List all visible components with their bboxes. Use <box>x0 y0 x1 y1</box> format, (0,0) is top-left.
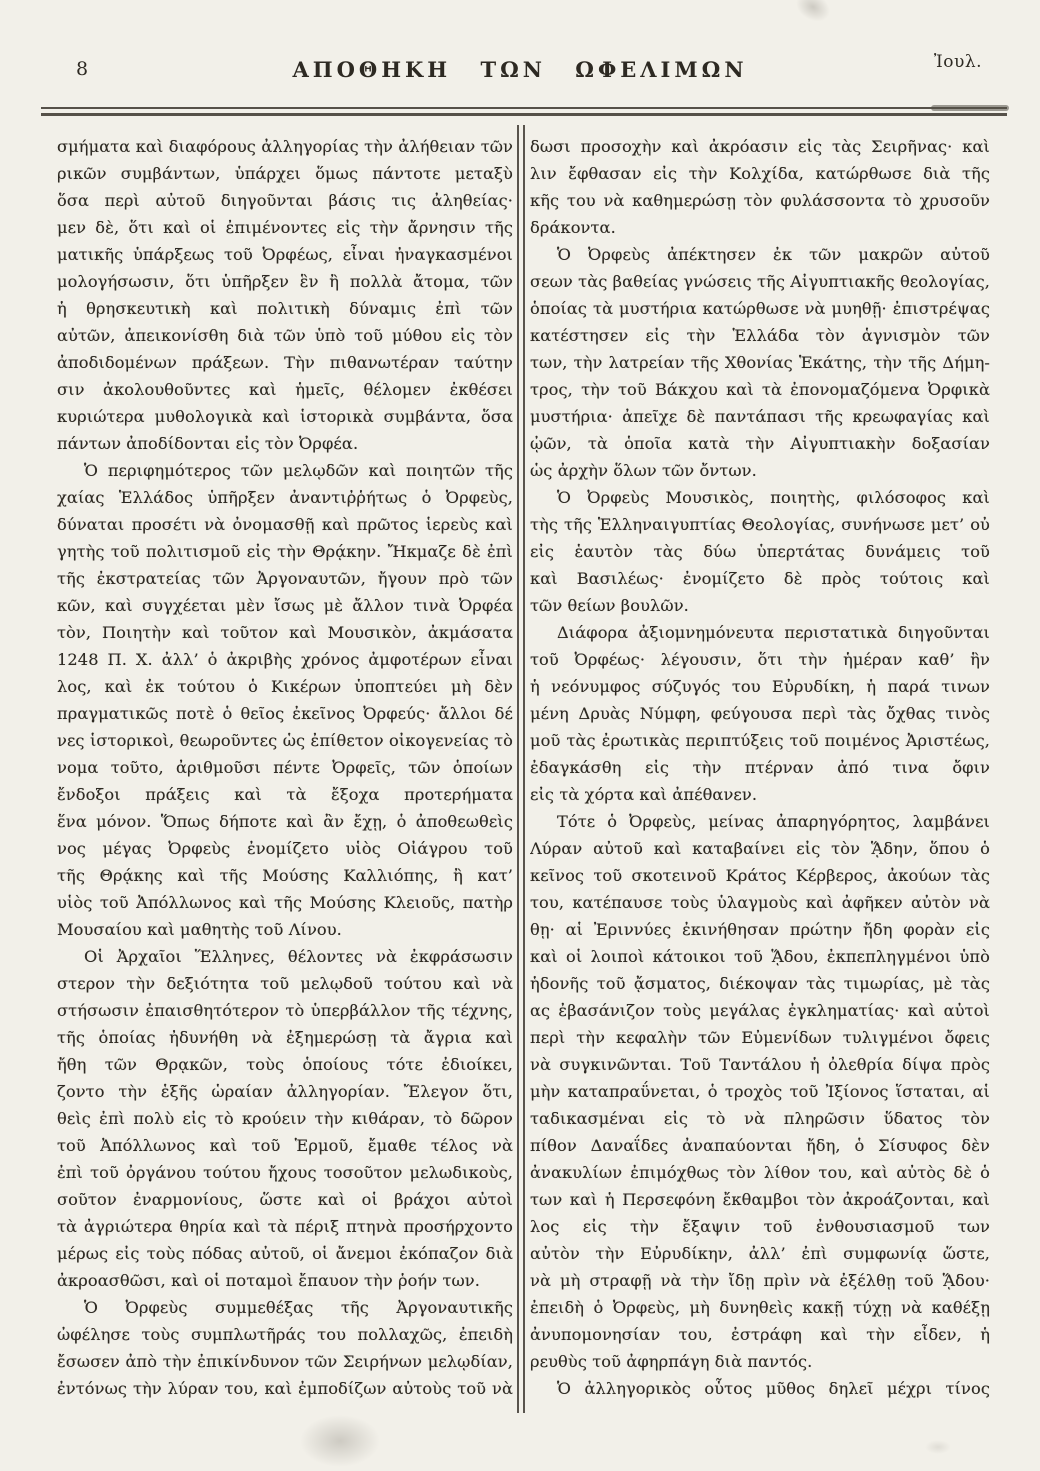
text-line: σιν ἀκολουθοῦντες καὶ ἡμεῖς, θέλομεν ἐκθ… <box>57 376 513 403</box>
text-line: λος, καὶ ἐκ τούτου ὁ Κικέρων ὑποπτεύει μ… <box>57 673 513 700</box>
paragraph: Ὁ περιφημότερος τῶν μελῳδῶν καὶ ποιητῶν … <box>57 457 513 943</box>
text-line: θῃ· αἱ Ἐριννύες ἐκινήθησαν πρώτην ἤδη φο… <box>530 916 990 943</box>
text-line: του, κατέπαυσε τοὺς ὑλαγμοὺς καὶ ἀφῆκεν … <box>530 889 990 916</box>
journal-title: ΑΠΟΘΗΚΗ ΤΩΝ ΩΦΕΛΙΜΩΝ <box>0 57 1040 82</box>
text-line: δωσι προσοχὴν καὶ ἀκρόασιν εἰς τὰς Σειρῆ… <box>530 133 990 160</box>
text-line: ἡδονῆς τοῦ ᾄσματος, διέκοψαν τὰς τιμωρία… <box>530 970 990 997</box>
text-line: τρος, τὴν τοῦ Βάκχου καὶ τὰ ἐπονομαζόμεν… <box>530 376 990 403</box>
text-line: Διάφορα ἀξιομνημόνευτα περιστατικὰ διηγο… <box>530 619 990 646</box>
text-line: κῶν, καὶ συγχέεται μὲν ἴσως μὲ ἄλλον τιν… <box>57 592 513 619</box>
text-line: ρευθὺς τοῦ ἀφηρπάγη διὰ παντός. <box>530 1348 990 1375</box>
paragraph: σμήματα καὶ διαφόρους ἀλληγορίας τὴν ἀλή… <box>57 133 513 457</box>
text-line: τῶν θείων βουλῶν. <box>530 592 990 619</box>
paragraph: Οἱ Ἀρχαῖοι Ἕλληνες, θέλοντες νὰ ἐκφράσωσ… <box>57 943 513 1294</box>
text-line: ἀποδιδομένων πράξεων. Τὴν πιθανωτέραν τα… <box>57 349 513 376</box>
text-line: νὰ συγκινῶνται. Τοῦ Ταντάλου ἡ ὀλεθρία δ… <box>530 1051 990 1078</box>
text-line: ἐντόνως τὴν λύραν του, καὶ ἐμποδίζων αὐτ… <box>57 1375 513 1402</box>
paragraph: Ὁ Ὀρφεὺς Μουσικὸς, ποιητὴς, φιλόσοφος κα… <box>530 484 990 619</box>
text-line: Οἱ Ἀρχαῖοι Ἕλληνες, θέλοντες νὰ ἐκφράσωσ… <box>57 943 513 970</box>
text-line: Ὁ περιφημότερος τῶν μελῳδῶν καὶ ποιητῶν … <box>57 457 513 484</box>
text-line: τῆς ὁποίας ἠδυνήθη νὰ ἐξημερώσῃ τὰ ἄγρια… <box>57 1024 513 1051</box>
text-line: λιν ἔφθασαν εἰς τὴν Κολχίδα, κατώρθωσε δ… <box>530 160 990 187</box>
text-line: πίθον Δαναΐδες ἀναπαύονται ἤδη, ὁ Σίσυφο… <box>530 1132 990 1159</box>
right-column: δωσι προσοχὴν καὶ ἀκρόασιν εἰς τὰς Σειρῆ… <box>530 133 990 1402</box>
text-line: των, τὴν λατρείαν τῆς Χθονίας Ἑκάτης, τὴ… <box>530 349 990 376</box>
text-line: υἱὸς τοῦ Ἀπόλλωνος καὶ τῆς Μούσης Κλειοῦ… <box>57 889 513 916</box>
text-line: 1248 Π. Χ. ἀλλ’ ὁ ἀκριβὴς χρόνος ἀμφοτέρ… <box>57 646 513 673</box>
text-line: τοῦ Ὀρφέως· λέγουσιν, ὅτι τὴν ἡμέραν καθ… <box>530 646 990 673</box>
column-divider-rule <box>517 125 525 1413</box>
text-line: ρικῶν συμβάντων, ὑπάρχει ὅμως πάντοτε με… <box>57 160 513 187</box>
text-line: ᾠῶν, τὰ ὁποῖα κατὰ τὴν Αἰγυπτιακὴν δοξασ… <box>530 430 990 457</box>
text-line: θεὶς ἐπὶ πολὺ εἰς τὸ κρούειν τὴν κιθάραν… <box>57 1105 513 1132</box>
text-line: Μουσαίου καὶ μαθητὴς τοῦ Λίνου. <box>57 916 513 943</box>
text-line: αὐτῶν, ἀπεικονίσθη διὰ τῶν ὑπὸ τοῦ μύθου… <box>57 322 513 349</box>
text-line: Ὁ Ὀρφεὺς ἀπέκτησεν ἐκ τῶν μακρῶν αὐτοῦ π… <box>530 241 990 268</box>
text-line: δράκοντα. <box>530 214 990 241</box>
text-line: κυριώτερα μυθολογικὰ καὶ ἱστορικὰ συμβάν… <box>57 403 513 430</box>
text-line: Ὁ Ὀρφεὺς Μουσικὸς, ποιητὴς, φιλόσοφος κα… <box>530 484 990 511</box>
text-line: ζοντο τὴν ἑξῆς ὡραίαν ἀλληγορίαν. Ἔλεγον… <box>57 1078 513 1105</box>
text-line: εἰς ἑαυτὸν τὰς δύω ὑπερτάτας δυνάμεις το… <box>530 538 990 565</box>
text-line: ὅσα περὶ αὐτοῦ διηγοῦνται βάσις τις ἀληθ… <box>57 187 513 214</box>
text-line: σεων τὰς βαθείας γνώσεις τῆς Αἰγυπτιακῆς… <box>530 268 990 295</box>
paragraph: Ὁ Ὀρφεὺς συμμεθέξας τῆς Ἀργοναυτικῆς ἐκσ… <box>57 1294 513 1402</box>
text-line: ἀκροασθῶσι, καὶ οἱ ποταμοὶ ἔπαυον τὴν ῥο… <box>57 1267 513 1294</box>
text-line: Ὁ ἀλληγορικὸς οὗτος μῦθος δηλεῖ μέχρι τί… <box>530 1375 990 1402</box>
text-line: ὁποίας τὰ μυστήρια κατώρθωσε νὰ μυηθῇ· ἐ… <box>530 295 990 322</box>
scan-smudge <box>925 1440 951 1454</box>
text-line: μέρως εἰς τοὺς πόδας αὐτοῦ, οἱ ἄνεμοι ἐκ… <box>57 1240 513 1267</box>
text-line: ἔσωσεν ἀπὸ τὴν ἐπικίνδυνον τῶν Σειρήνων … <box>57 1348 513 1375</box>
paragraph: δωσι προσοχὴν καὶ ἀκρόασιν εἰς τὰς Σειρῆ… <box>530 133 990 241</box>
text-line: καὶ οἱ λοιποὶ κάτοικοι τοῦ ᾍδου, ἐκπεπλη… <box>530 943 990 970</box>
text-line: νος μέγας Ὀρφεὺς ἐνομίζετο υἱὸς Οἰάγρου … <box>57 835 513 862</box>
text-line: στήσωσιν ἐπαισθητότερον τὸ ὑπερβάλλον τῆ… <box>57 997 513 1024</box>
text-line: μένη Δρυὰς Νύμφη, φεύγουσα περὶ τὰς ὄχθα… <box>530 700 990 727</box>
text-line: κατέστησεν εἰς τὴν Ἑλλάδα τὸν ἁγνισμὸν τ… <box>530 322 990 349</box>
text-line: τὰ ἀγριώτερα θηρία καὶ τὰ πέριξ πτηνὰ πρ… <box>57 1213 513 1240</box>
text-line: σμήματα καὶ διαφόρους ἀλληγορίας τὴν ἀλή… <box>57 133 513 160</box>
left-column: σμήματα καὶ διαφόρους ἀλληγορίας τὴν ἀλή… <box>57 133 513 1402</box>
text-line: Τότε ὁ Ὀρφεὺς, μείνας ἀπαρηγόρητος, λαμβ… <box>530 808 990 835</box>
text-line: ἐδαγκάσθη εἰς τὴν πτέρναν ἀπό τινα ὄφιν … <box>530 754 990 781</box>
text-line: μοῦ τὰς ἐρωτικὰς περιπτύξεις τοῦ ποιμένο… <box>530 727 990 754</box>
paragraph: Τότε ὁ Ὀρφεὺς, μείνας ἀπαρηγόρητος, λαμβ… <box>530 808 990 1375</box>
text-line: ἐπὶ τοῦ ὀργάνου τούτου ἤχους τοσοῦτον με… <box>57 1159 513 1186</box>
text-line: ματικῆς ὑπάρξεως τοῦ Ὀρφέως, εἶναι ἠναγκ… <box>57 241 513 268</box>
text-line: νομα τοῦτο, ἀριθμοῦσι πέντε Ὀρφεῖς, τῶν … <box>57 754 513 781</box>
text-line: νες ἱστορικοὶ, θεωροῦντες ὡς ἐπίθετον οἰ… <box>57 727 513 754</box>
text-line: ας ἐβασάνιζον τοὺς μεγάλας ἐγκληματίας· … <box>530 997 990 1024</box>
paragraph: Ὁ ἀλληγορικὸς οὗτος μῦθος δηλεῖ μέχρι τί… <box>530 1375 990 1402</box>
text-line: τοῦ Ἀπόλλωνος καὶ τοῦ Ἑρμοῦ, ἔμαθε τέλος… <box>57 1132 513 1159</box>
text-line: λος εἰς τὴν ἔξαψιν τοῦ ἐνθουσιασμοῦ των … <box>530 1213 990 1240</box>
text-line: μεν δὲ, ὅτι καὶ οἱ ἐπιμένοντες εἰς τὴν ἄ… <box>57 214 513 241</box>
text-line: μυστήρια· ἀπεῖχε δὲ παντάπασι τῆς κρεωφα… <box>530 403 990 430</box>
text-line: κεῖνος τοῦ σκοτεινοῦ Κράτος Κέρβερος, ἀκ… <box>530 862 990 889</box>
text-line: τὴς τῆς Ἑλληναιγυπτίας Θεολογίας, συνήνω… <box>530 511 990 538</box>
issue-date: Ἰουλ. <box>934 52 982 72</box>
text-line: τῆς Θρᾴκης καὶ τῆς Μούσης Καλλιόπης, ἢ κ… <box>57 862 513 889</box>
text-line: ἀνακυλίων ἐπιμόχθως τὸν λίθον του, καὶ α… <box>530 1159 990 1186</box>
text-line: ἡ θρησκευτικὴ καὶ πολιτικὴ δύναμις ἐπὶ τ… <box>57 295 513 322</box>
text-line: πραγματικῶς ποτὲ ὁ θεῖος ἐκεῖνος Ὀρφεύς·… <box>57 700 513 727</box>
text-line: ἕνα μόνον. Ὅπως δήποτε καὶ ἂν ἔχῃ, ὁ ἀπο… <box>57 808 513 835</box>
text-line: εἰς τὰ χόρτα καὶ ἀπέθανεν. <box>530 781 990 808</box>
text-line: χαίας Ἑλλάδος ὑπῆρξεν ἀναντιῤῥήτως ὁ Ὀρφ… <box>57 484 513 511</box>
text-line: περὶ τὴν κεφαλὴν τῶν Εὐμενίδων τυλιγμένο… <box>530 1024 990 1051</box>
text-line: τῆς ἐκστρατείας τῶν Ἀργοναυτῶν, ἤγουν πρ… <box>57 565 513 592</box>
text-line: μολογήσωσιν, ὅτι ὑπῆρξεν ἓν ἢ πολλὰ ἄτομ… <box>57 268 513 295</box>
text-line: νὰ μὴ στραφῇ νὰ τὴν ἴδῃ πρὶν νὰ ἐξέλθῃ τ… <box>530 1267 990 1294</box>
paragraph: Διάφορα ἀξιομνημόνευτα περιστατικὰ διηγο… <box>530 619 990 808</box>
text-line: ἤθη τῶν Θρᾳκῶν, τοὺς ὁποίους τότε ἐδιοίκ… <box>57 1051 513 1078</box>
text-line: των καὶ ἡ Περσεφόνη ἔκθαμβοι τὸν ἀκροάζο… <box>530 1186 990 1213</box>
text-line: μὴν καταπραΰνεται, ὁ τροχὸς τοῦ Ἰξίονος … <box>530 1078 990 1105</box>
text-line: γητὴς τοῦ πολιτισμοῦ εἰς τὴν Θρᾴκην. Ἤκμ… <box>57 538 513 565</box>
text-line: ὡς ἀρχὴν ὅλων τῶν ὄντων. <box>530 457 990 484</box>
scan-smudge <box>791 0 835 27</box>
text-line: δύναται προσέτι νὰ ὀνομασθῇ καὶ πρῶτος ἱ… <box>57 511 513 538</box>
text-line: ταδικασμέναι εἰς τὸ νὰ πληρῶσιν ὕδατος τ… <box>530 1105 990 1132</box>
text-line: ἀνυπομονησίαν του, ἐστράφη καὶ τὴν εἶδεν… <box>530 1321 990 1348</box>
text-line: αὐτὸν τὴν Εὐρυδίκην, ἀλλ’ ἐπὶ συμφωνίᾳ ὥ… <box>530 1240 990 1267</box>
text-line: καὶ Βασιλέως· ἐνομίζετο δὲ πρὸς τούτοις … <box>530 565 990 592</box>
paragraph: Ὁ Ὀρφεὺς ἀπέκτησεν ἐκ τῶν μακρῶν αὐτοῦ π… <box>530 241 990 484</box>
text-line: Λύραν αὐτοῦ καὶ καταβαίνει εἰς τὸν ᾍδην,… <box>530 835 990 862</box>
text-line: κῆς του νὰ καθημερώσῃ τὸν φυλάσσοντα τὸ … <box>530 187 990 214</box>
text-line: ἡ νεόνυμφος σύζυγός του Εὐρυδίκη, ἡ παρά… <box>530 673 990 700</box>
text-line: σοῦτον ἐναρμονίους, ὥστε καὶ οἱ βράχοι α… <box>57 1186 513 1213</box>
text-line: τὸν, Ποιητὴν καὶ τοῦτον καὶ Μουσικὸν, ἀκ… <box>57 619 513 646</box>
scan-smudge <box>300 1415 380 1467</box>
text-line: ὠφέλησε τοὺς συμπλωτῆράς του πολλαχῶς, ἐ… <box>57 1321 513 1348</box>
text-line: ἔνδοξοι πράξεις καὶ τὰ ἔξοχα προτερήματα… <box>57 781 513 808</box>
text-line: πάντων ἀποδίδονται εἰς τὸν Ὀρφέα. <box>57 430 513 457</box>
text-line: ἐπειδὴ ὁ Ὀρφεὺς, μὴ δυνηθεὶς κακῇ τύχῃ ν… <box>530 1294 990 1321</box>
rule-ink-blot <box>931 105 1009 111</box>
header-double-rule <box>41 107 1007 116</box>
text-line: Ὁ Ὀρφεὺς συμμεθέξας τῆς Ἀργοναυτικῆς ἐκσ… <box>57 1294 513 1321</box>
text-line: στερον τὴν δεξιότητα τοῦ μελῳδοῦ τούτου … <box>57 970 513 997</box>
